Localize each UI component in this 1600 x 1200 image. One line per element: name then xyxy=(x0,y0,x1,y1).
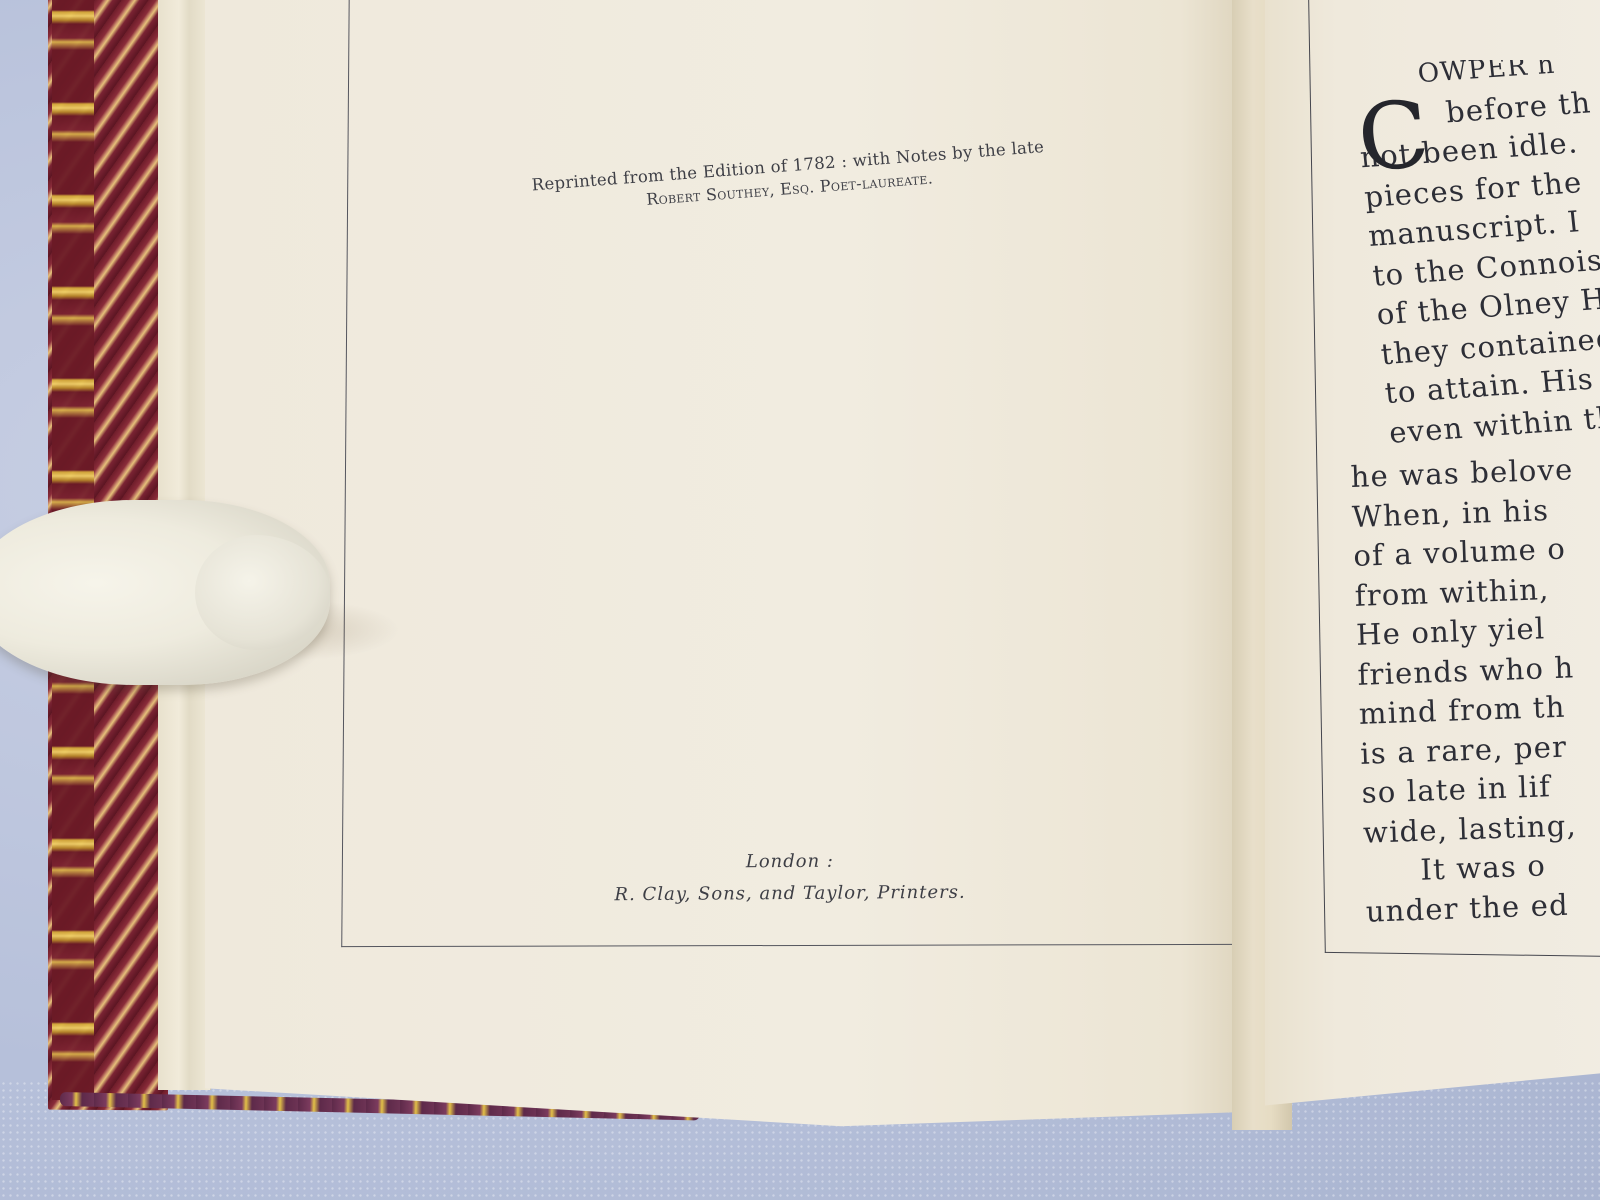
right-page-text: C OWPER h before th not been idle. piece… xyxy=(1350,60,1600,455)
printer-colophon: London : R. Clay, Sons, and Taylor, Prin… xyxy=(580,845,1000,912)
text-line: is a rare, per xyxy=(1360,725,1600,774)
left-page-rule-frame xyxy=(341,0,1241,947)
colophon-printer: R. Clay, Sons, and Taylor, Printers. xyxy=(580,877,1000,912)
right-page-text-lower: he was belove When, in his of a volume o… xyxy=(1350,458,1600,932)
drop-cap: C xyxy=(1354,89,1435,185)
text-line: under the ed xyxy=(1365,883,1600,932)
colophon-city: London : xyxy=(580,845,1000,880)
